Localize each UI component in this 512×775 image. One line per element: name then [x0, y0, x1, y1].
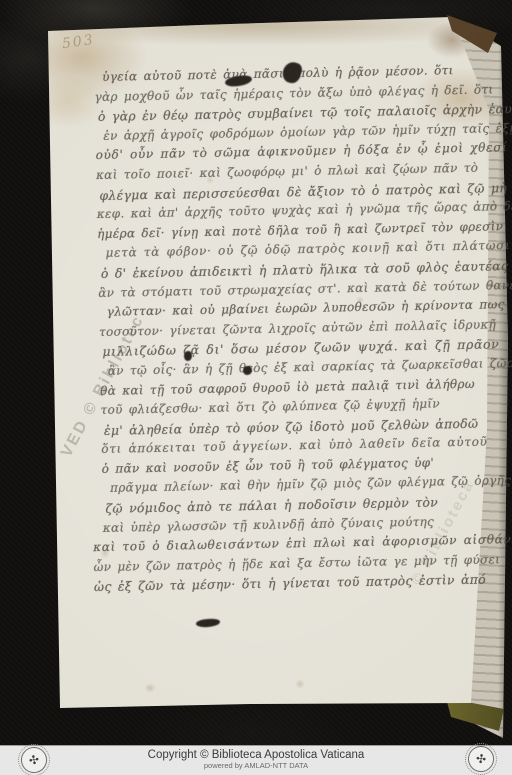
- vatican-seal-left: ✣: [19, 745, 49, 775]
- vatican-seal-icon: ✣: [28, 752, 40, 768]
- powered-by-text: powered by AMLAD-NTT DATA: [0, 761, 512, 770]
- vatican-seal-icon: ✣: [475, 751, 487, 766]
- digitized-manuscript-view: 503 VED © Bibliotec © Biblioteca ὑγεία α…: [0, 0, 512, 775]
- manuscript-text-block: ὑγεία αὐτοῦ ποτὲ ἀνὰ πᾶσιν πολὺ ἡ ῥᾷον μ…: [94, 61, 480, 597]
- viewer-footer-bar: Copyright © Biblioteca Apostolica Vatica…: [0, 745, 512, 775]
- copyright-text: Copyright © Biblioteca Apostolica Vatica…: [0, 749, 512, 761]
- vatican-seal-right: ✣: [466, 744, 495, 773]
